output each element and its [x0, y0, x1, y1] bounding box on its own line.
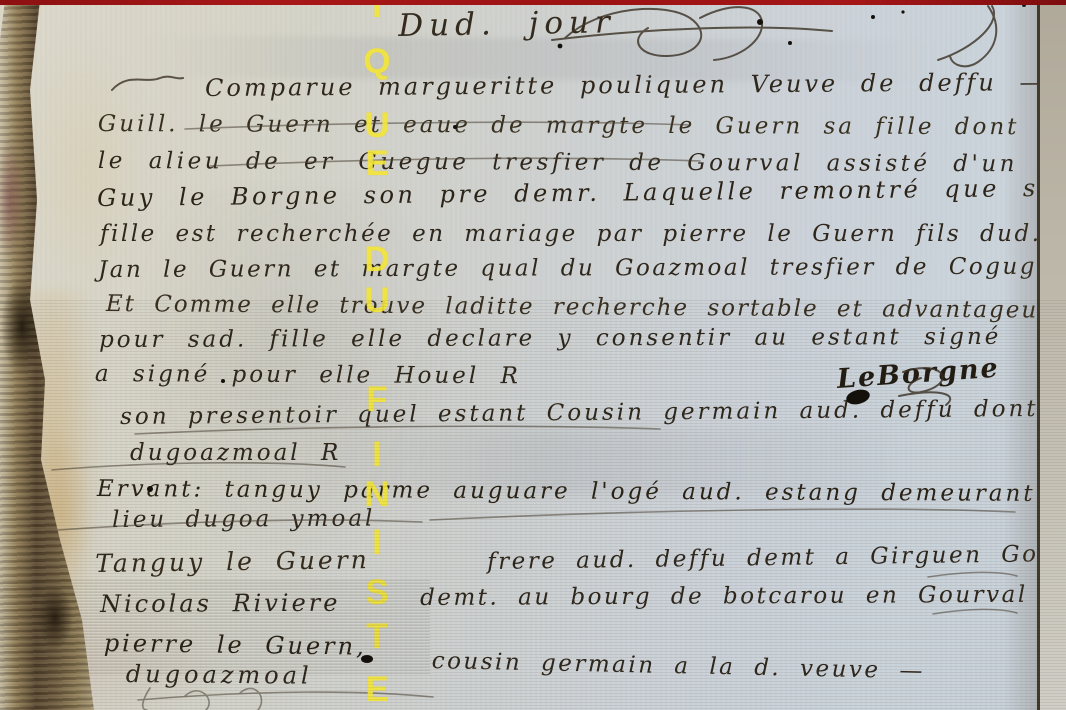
watermark-letter: E [356, 672, 398, 707]
manuscript-line: dugoazmoal R [130, 440, 341, 466]
manuscript-line: Tanguy le Guern [95, 545, 370, 578]
manuscript-line: pierre le Guern, [104, 629, 367, 661]
manuscript-line: Ervant: tanguy parme auguare l'ogé aud. … [97, 476, 1066, 507]
ink-speck [558, 44, 563, 49]
watermark-letter: I [356, 437, 398, 472]
cutoff-line-stroke [185, 691, 209, 710]
manuscript-line: Jan le Guern et margte qual du Goazmoal … [98, 254, 1066, 283]
watermark-letter: S [356, 575, 398, 610]
manuscript-line: frere aud. deffu demt a Girguen Gourval [487, 540, 1066, 575]
manuscript-line: fille est recherchée en mariage par pier… [100, 221, 1066, 247]
manuscript-line: son presentoir quel estant Cousin germai… [120, 396, 1039, 430]
manuscript-line: pour sad. fille elle declare y consentir… [99, 324, 1001, 353]
header-paraph [938, 6, 994, 60]
next-page-edge [1037, 0, 1066, 710]
ink-line [933, 609, 1017, 614]
ink-speck [901, 10, 904, 13]
manuscript-line: Comparue margueritte pouliquen Veuve de … [205, 68, 1047, 102]
manuscript-line: dugoazmoal [126, 660, 313, 690]
manuscript-line: a signé pour elle Houel R [95, 361, 521, 389]
scan-border-top [0, 0, 1066, 5]
ink-speck [757, 19, 763, 25]
manuscript-line: lieu dugoa ymoal [112, 506, 375, 533]
header-line: Dud. jour [398, 4, 616, 44]
document-scan: Dud. jour Comparue margueritte pouliquen… [0, 0, 1066, 710]
margin-squiggle [112, 77, 183, 90]
header-flourish [700, 7, 762, 60]
ink-line [928, 572, 1017, 577]
ink-line [430, 509, 1015, 520]
manuscript-line: Guill. le Guern et eaue de margte le Gue… [98, 111, 1066, 140]
ink-speck [788, 41, 792, 45]
ink-speck [871, 15, 875, 19]
manuscript-line: Nicolas Riviere [100, 589, 341, 618]
header-paraph [950, 6, 996, 66]
manuscript-line: demt. au bourg de botcarou en Gourval [420, 582, 1028, 611]
cutoff-line-stroke [240, 688, 262, 710]
signature: LeBorgne [836, 353, 1001, 395]
cutoff-line-stroke [143, 688, 150, 710]
manuscript-line: Guy le Borgne son pre demr. Laquelle rem… [97, 174, 1066, 212]
manuscript-line: cousin germain a la d. veuve — [431, 648, 925, 684]
manuscript-line: Et Comme elle trouve laditte recherche s… [106, 291, 1066, 324]
ink-line [138, 692, 433, 700]
book-binding-edge [0, 0, 100, 710]
manuscript-line: le alieu de er Guegue tresfier de Gourva… [98, 148, 1066, 177]
